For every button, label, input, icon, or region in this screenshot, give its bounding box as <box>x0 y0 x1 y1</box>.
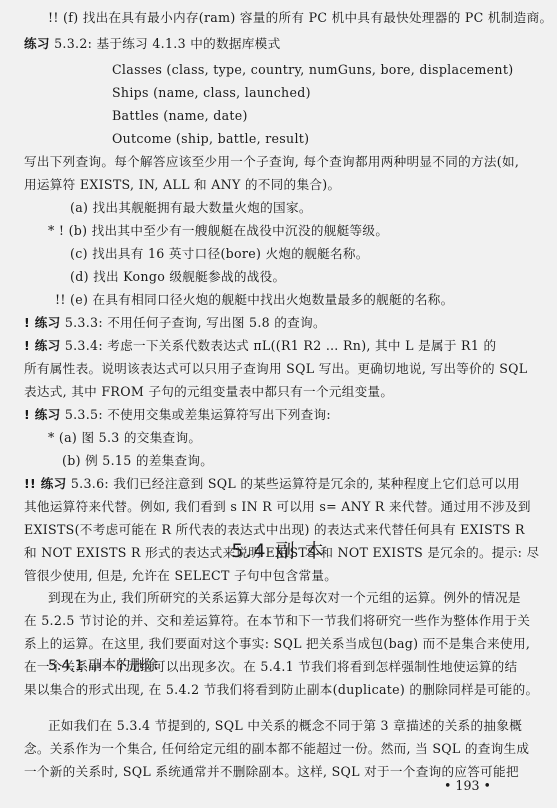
text-line: ! 练习 5.3.4: 考虑一下关系代数表达式 πL((R1 R2 … Rn),… <box>24 338 496 354</box>
line-text: Classes (class, type, country, numGuns, … <box>112 62 513 77</box>
text-line: (a) 找出其舰艇拥有最大数量火炮的国家。 <box>70 200 312 216</box>
line-text: 管很少使用, 但是, 允许在 SELECT 子句中包含常量。 <box>24 568 337 583</box>
text-line: !! 练习 5.3.6: 我们已经注意到 SQL 的某些运算符是冗余的, 某种程… <box>24 476 520 492</box>
line-text: 正如我们在 5.3.4 节提到的, SQL 中关系的概念不同于第 3 章描述的关… <box>48 718 522 733</box>
exercise-label: ! 练习 <box>24 407 61 422</box>
text-line: 管很少使用, 但是, 允许在 SELECT 子句中包含常量。 <box>24 568 337 584</box>
line-text: 系上的运算。在这里, 我们要面对这个事实: SQL 把关系当成包(bag) 而不… <box>24 636 530 651</box>
line-text: 5.3.4: 考虑一下关系代数表达式 πL((R1 R2 … Rn), 其中 L… <box>61 338 497 353</box>
page-number: • 193 • <box>444 778 491 793</box>
line-text: (a) 找出其舰艇拥有最大数量火炮的国家。 <box>70 200 312 215</box>
line-text: 其他运算符来代替。例如, 我们看到 s IN R 可以用 s= ANY R 来代… <box>24 499 531 514</box>
text-line: 写出下列查询。每个解答应该至少用一个子查询, 每个查询都用两种明显不同的方法(如… <box>24 154 519 170</box>
line-text: 到现在为止, 我们所研究的关系运算大部分是每次对一个元组的运算。例外的情况是 <box>48 590 521 605</box>
text-line: 练习 5.3.2: 基于练习 4.1.3 中的数据库模式 <box>24 36 280 52</box>
line-text: * (a) 图 5.3 的交集查询。 <box>48 430 201 445</box>
text-line: 正如我们在 5.3.4 节提到的, SQL 中关系的概念不同于第 3 章描述的关… <box>48 718 522 734</box>
text-line: !! (e) 在具有相同口径火炮的舰艇中找出火炮数量最多的舰艇的名称。 <box>55 292 454 308</box>
line-text: 果以集合的形式出现, 在 5.4.2 节我们将看到防止副本(duplicate)… <box>24 682 538 697</box>
line-text: !! (e) 在具有相同口径火炮的舰艇中找出火炮数量最多的舰艇的名称。 <box>55 292 454 307</box>
text-line: 表达式, 其中 FROM 子句的元组变量表中都只有一个元组变量。 <box>24 384 393 400</box>
text-line: 到现在为止, 我们所研究的关系运算大部分是每次对一个元组的运算。例外的情况是 <box>48 590 521 606</box>
line-text: EXISTS(不考虑可能在 R 所代表的表达式中出现) 的表达式来代替任何具有 … <box>24 522 525 537</box>
exercise-label: !! 练习 <box>24 476 67 491</box>
line-text: (b) 例 5.15 的差集查询。 <box>62 453 213 468</box>
subsection-heading: 5.4.1 副本的删除 <box>48 655 158 675</box>
text-line: 在 5.2.5 节讨论的并、交和差运算符。在本节和下一节我们将研究一些作为整体作… <box>24 613 530 629</box>
text-line: Ships (name, class, launched) <box>112 85 311 101</box>
text-line: ! 练习 5.3.3: 不用任何子查询, 写出图 5.8 的查询。 <box>24 315 326 331</box>
line-text: Ships (name, class, launched) <box>112 85 311 100</box>
line-text: !! (f) 找出在具有最小内存(ram) 容量的所有 PC 机中具有最快处理器… <box>48 10 552 25</box>
line-text: 念。关系作为一个集合, 任何给定元组的副本都不能超过一份。然而, 当 SQL 的… <box>24 741 529 756</box>
text-line: 其他运算符来代替。例如, 我们看到 s IN R 可以用 s= ANY R 来代… <box>24 499 531 515</box>
text-line: (b) 例 5.15 的差集查询。 <box>62 453 213 469</box>
exercise-label: ! 练习 <box>24 338 61 353</box>
text-line: 系上的运算。在这里, 我们要面对这个事实: SQL 把关系当成包(bag) 而不… <box>24 636 530 652</box>
text-line: 用运算符 EXISTS, IN, ALL 和 ANY 的不同的集合)。 <box>24 177 340 193</box>
text-line: ! 练习 5.3.5: 不使用交集或差集运算符写出下列查询: <box>24 407 331 423</box>
text-line: * (a) 图 5.3 的交集查询。 <box>48 430 201 446</box>
line-text: 5.3.2: 基于练习 4.1.3 中的数据库模式 <box>50 36 281 51</box>
exercise-label: 练习 <box>24 36 50 51</box>
text-line: Classes (class, type, country, numGuns, … <box>112 62 513 78</box>
text-line: (c) 找出具有 16 英寸口径(bore) 火炮的舰艇名称。 <box>70 246 369 262</box>
exercise-label: ! 练习 <box>24 315 61 330</box>
line-text: Outcome (ship, battle, result) <box>112 131 309 146</box>
line-text: 所有属性表。说明该表达式可以只用子查询用 SQL 写出。更确切地说, 写出等价的… <box>24 361 527 376</box>
text-line: Battles (name, date) <box>112 108 248 124</box>
text-line: !! (f) 找出在具有最小内存(ram) 容量的所有 PC 机中具有最快处理器… <box>48 10 552 26</box>
line-text: 表达式, 其中 FROM 子句的元组变量表中都只有一个元组变量。 <box>24 384 393 399</box>
line-text: 5.3.3: 不用任何子查询, 写出图 5.8 的查询。 <box>61 315 326 330</box>
text-line: Outcome (ship, battle, result) <box>112 131 309 147</box>
line-text: 5.3.5: 不使用交集或差集运算符写出下列查询: <box>61 407 331 422</box>
line-text: 一个新的关系时, SQL 系统通常并不删除副本。这样, SQL 对于一个查询的应… <box>24 764 519 779</box>
line-text: * ! (b) 找出其中至少有一艘舰艇在战役中沉没的舰艇等级。 <box>48 223 388 238</box>
line-text: 写出下列查询。每个解答应该至少用一个子查询, 每个查询都用两种明显不同的方法(如… <box>24 154 519 169</box>
text-line: * ! (b) 找出其中至少有一艘舰艇在战役中沉没的舰艇等级。 <box>48 223 388 239</box>
line-text: 在 5.2.5 节讨论的并、交和差运算符。在本节和下一节我们将研究一些作为整体作… <box>24 613 530 628</box>
line-text: (c) 找出具有 16 英寸口径(bore) 火炮的舰艇名称。 <box>70 246 369 261</box>
line-text: (d) 找出 Kongo 级舰艇参战的战役。 <box>70 269 285 284</box>
text-line: 念。关系作为一个集合, 任何给定元组的副本都不能超过一份。然而, 当 SQL 的… <box>24 741 529 757</box>
line-text: Battles (name, date) <box>112 108 248 123</box>
line-text: 用运算符 EXISTS, IN, ALL 和 ANY 的不同的集合)。 <box>24 177 340 192</box>
text-line: 果以集合的形式出现, 在 5.4.2 节我们将看到防止副本(duplicate)… <box>24 682 538 698</box>
line-text: 5.3.6: 我们已经注意到 SQL 的某些运算符是冗余的, 某种程度上它们总可… <box>67 476 520 491</box>
text-line: 所有属性表。说明该表达式可以只用子查询用 SQL 写出。更确切地说, 写出等价的… <box>24 361 527 377</box>
text-line: (d) 找出 Kongo 级舰艇参战的战役。 <box>70 269 285 285</box>
section-heading: 5.4 副 本 <box>0 536 557 563</box>
